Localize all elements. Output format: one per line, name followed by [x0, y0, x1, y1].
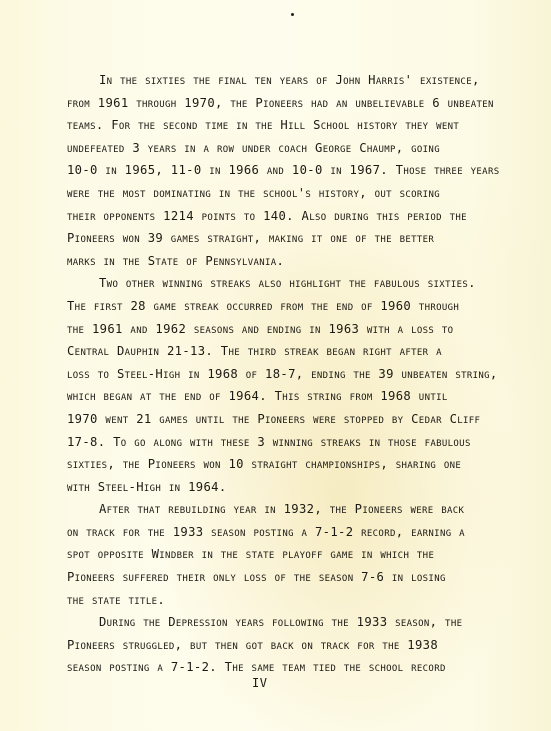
text-line: The first 28 game streak occurred from t… — [67, 295, 537, 318]
document-page: In the sixties the final ten years of Jo… — [0, 0, 551, 731]
text-line: the 1961 and 1962 seasons and ending in … — [67, 318, 537, 341]
text-line: with Steel-High in 1964. — [67, 476, 537, 499]
text-line: teams. For the second time in the Hill S… — [67, 114, 537, 137]
text-line: 1970 went 21 games until the Pioneers we… — [67, 408, 537, 431]
text-line: Pioneers won 39 games straight, making i… — [67, 227, 537, 250]
paragraph-2: Two other winning streaks also highlight… — [67, 272, 537, 498]
text-line: from 1961 through 1970, the Pioneers had… — [67, 92, 537, 115]
text-line: Pioneers struggled, but then got back on… — [67, 634, 537, 657]
text-line: were the most dominating in the school's… — [67, 182, 537, 205]
text-line: loss to Steel-High in 1968 of 18-7, endi… — [67, 363, 537, 386]
text-line: 17-8. To go along with these 3 winning s… — [67, 431, 537, 454]
body-text: In the sixties the final ten years of Jo… — [67, 69, 537, 679]
paragraph-1: In the sixties the final ten years of Jo… — [67, 69, 537, 272]
paragraph-4: During the Depression years following th… — [67, 611, 537, 679]
text-line: spot opposite Windber in the state playo… — [67, 543, 537, 566]
text-line: season posting a 7-1-2. The same team ti… — [67, 656, 537, 679]
text-line: During the Depression years following th… — [67, 611, 537, 634]
paragraph-3: After that rebuilding year in 1932, the … — [67, 498, 537, 611]
text-line: Two other winning streaks also highlight… — [67, 272, 537, 295]
paper-speck — [291, 13, 294, 16]
text-line: undefeated 3 years in a row under coach … — [67, 137, 537, 160]
text-line: which began at the end of 1964. This str… — [67, 385, 537, 408]
text-line: 10-0 in 1965, 11-0 in 1966 and 10-0 in 1… — [67, 159, 537, 182]
text-line: on track for the 1933 season posting a 7… — [67, 521, 537, 544]
text-line: After that rebuilding year in 1932, the … — [67, 498, 537, 521]
page-number: IV — [252, 676, 267, 690]
text-line: Central Dauphin 21-13. The third streak … — [67, 340, 537, 363]
text-line: marks in the State of Pennsylvania. — [67, 250, 537, 273]
text-line: sixties, the Pioneers won 10 straight ch… — [67, 453, 537, 476]
text-line: In the sixties the final ten years of Jo… — [67, 69, 537, 92]
text-line: their opponents 1214 points to 140. Also… — [67, 205, 537, 228]
text-line: the state title. — [67, 589, 537, 612]
text-line: Pioneers suffered their only loss of the… — [67, 566, 537, 589]
